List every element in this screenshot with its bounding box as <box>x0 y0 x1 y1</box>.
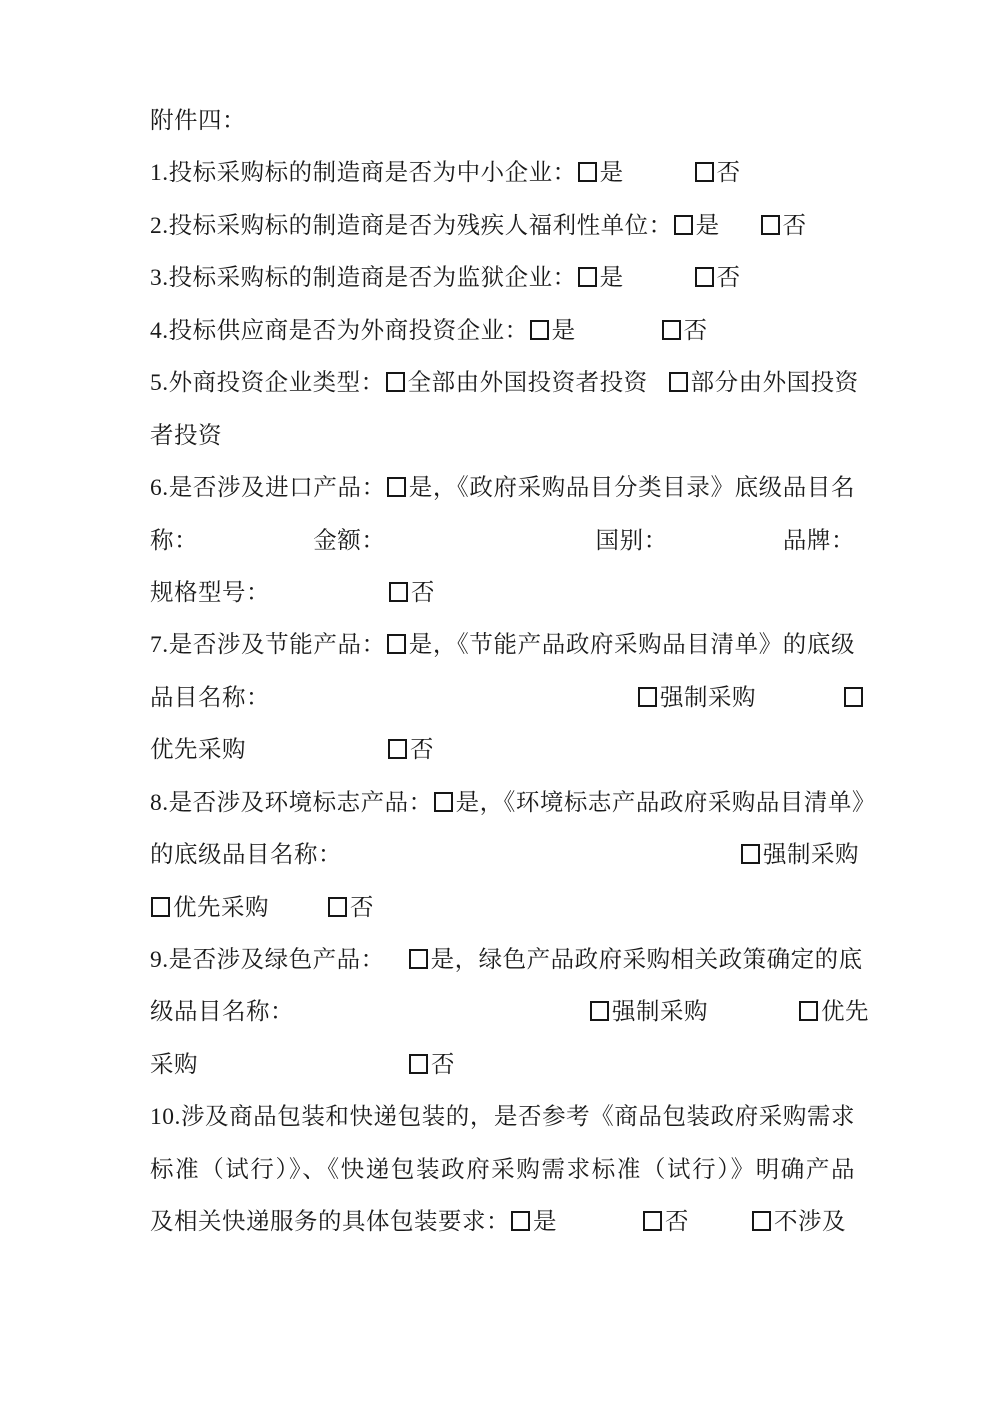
blank-space <box>246 755 387 757</box>
checkbox-label: 是 <box>456 790 480 816</box>
line-item-9-cont2: 采购否 <box>150 1039 855 1091</box>
checkbox-item8-yes[interactable]: 是 <box>433 790 480 816</box>
text-run: ，《节能产品政府采购品目清单》的底级 <box>433 632 855 658</box>
blank-space <box>269 913 327 915</box>
checkbox-label: 否 <box>717 265 741 291</box>
blank-space <box>270 598 388 600</box>
text-run: 及相关快递服务的具体包装要求： <box>150 1209 510 1235</box>
checkbox-icon <box>695 267 714 287</box>
checkbox-label: 否 <box>783 213 807 239</box>
checkbox-icon <box>530 320 549 340</box>
checkbox-item2-no[interactable]: 否 <box>760 213 807 239</box>
checkbox-icon <box>761 215 780 235</box>
checkbox-item9-mandatory[interactable]: 强制采购 <box>589 999 708 1025</box>
checkbox-item8-priority[interactable]: 优先采购 <box>150 895 269 921</box>
document-body: 附件四：1.投标采购标的制造商是否为中小企业：是否2.投标采购标的制造商是否为残… <box>150 95 855 1249</box>
checkbox-icon <box>844 687 863 707</box>
text-run: ，《环境标志产品政府采购品目清单》 <box>480 790 876 816</box>
text-run: 4.投标供应商是否为外商投资企业： <box>150 318 529 344</box>
text-run: 5.外商投资企业类型： <box>150 370 385 396</box>
checkbox-icon <box>409 949 428 969</box>
checkbox-label: 强制采购 <box>660 685 756 711</box>
checkbox-item5-partial-foreign[interactable]: 部分由外国投资 <box>668 370 859 396</box>
checkbox-item10-not-applicable[interactable]: 不涉及 <box>751 1209 846 1235</box>
checkbox-item4-yes[interactable]: 是 <box>529 318 576 344</box>
checkbox-item7-no[interactable]: 否 <box>387 737 434 763</box>
line-title: 附件四： <box>150 95 855 147</box>
checkbox-icon <box>387 477 406 497</box>
checkbox-icon <box>662 320 681 340</box>
checkbox-icon <box>695 162 714 182</box>
checkbox-item1-yes[interactable]: 是 <box>577 160 624 186</box>
checkbox-item1-no[interactable]: 否 <box>694 160 741 186</box>
line-item-8-cont2: 优先采购否 <box>150 882 855 934</box>
text-run: 采购 <box>150 1052 198 1078</box>
checkbox-icon <box>752 1211 771 1231</box>
text-run: 标准（试行）》、《快递包装政府采购需求标准（试行）》明确产品 <box>150 1157 855 1183</box>
line-item-10-cont1: 标准（试行）》、《快递包装政府采购需求标准（试行）》明确产品 <box>150 1144 855 1196</box>
checkbox-label: 否 <box>410 737 434 763</box>
blank-space <box>557 1227 642 1229</box>
blank-space <box>385 546 595 548</box>
blank-space <box>624 283 694 285</box>
text-run: 的底级品目名称： <box>150 842 342 868</box>
line-item-1: 1.投标采购标的制造商是否为中小企业：是否 <box>150 147 855 199</box>
line-item-8: 8.是否涉及环境标志产品：是，《环境标志产品政府采购品目清单》 <box>150 777 855 829</box>
checkbox-icon <box>578 267 597 287</box>
text-run: 9.是否涉及绿色产品： <box>150 947 385 973</box>
checkbox-item10-no[interactable]: 否 <box>642 1209 689 1235</box>
text-run: 级品目名称： <box>150 999 294 1025</box>
checkbox-icon <box>389 582 408 602</box>
checkbox-icon <box>799 1001 818 1021</box>
checkbox-item8-mandatory[interactable]: 强制采购 <box>740 842 859 868</box>
text-run: 6.是否涉及进口产品： <box>150 475 386 501</box>
checkbox-item7-mandatory[interactable]: 强制采购 <box>637 685 756 711</box>
checkbox-label: 是 <box>600 160 624 186</box>
checkbox-icon <box>643 1211 662 1231</box>
blank-space <box>198 1070 408 1072</box>
line-item-9-cont1: 级品目名称：强制采购优先 <box>150 986 855 1038</box>
text-run: 国别： <box>595 528 667 554</box>
blank-space <box>624 178 694 180</box>
checkbox-item3-no[interactable]: 否 <box>694 265 741 291</box>
blank-space <box>385 965 408 967</box>
checkbox-label: 否 <box>431 1052 455 1078</box>
blank-space <box>294 1017 589 1019</box>
line-item-2: 2.投标采购标的制造商是否为残疾人福利性单位：是否 <box>150 200 855 252</box>
checkbox-item9-no[interactable]: 否 <box>408 1052 455 1078</box>
blank-space <box>708 1017 798 1019</box>
line-item-5-cont: 者投资 <box>150 410 855 462</box>
checkbox-item6-no[interactable]: 否 <box>388 580 435 606</box>
checkbox-icon <box>409 1054 428 1074</box>
blank-space <box>668 546 783 548</box>
line-item-6-cont2: 规格型号：否 <box>150 567 855 619</box>
checkbox-icon <box>151 897 170 917</box>
checkbox-label: 是 <box>409 632 433 658</box>
checkbox-icon <box>578 162 597 182</box>
checkbox-icon <box>387 634 406 654</box>
line-item-5: 5.外商投资企业类型：全部由外国投资者投资部分由外国投资 <box>150 357 855 409</box>
line-item-10: 10.涉及商品包装和快递包装的，是否参考《商品包装政府采购需求 <box>150 1091 855 1143</box>
checkbox-label: 强制采购 <box>612 999 708 1025</box>
line-item-3: 3.投标采购标的制造商是否为监狱企业：是否 <box>150 252 855 304</box>
checkbox-label: 全部由外国投资者投资 <box>408 370 648 396</box>
checkbox-label: 是 <box>533 1209 557 1235</box>
checkbox-label: 是 <box>431 947 455 973</box>
text-run: 3.投标采购标的制造商是否为监狱企业： <box>150 265 577 291</box>
checkbox-label: 优先 <box>821 999 869 1025</box>
text-run: 1.投标采购标的制造商是否为中小企业： <box>150 160 577 186</box>
checkbox-label: 是 <box>696 213 720 239</box>
checkbox-label: 是 <box>552 318 576 344</box>
text-run: 10.涉及商品包装和快递包装的，是否参考《商品包装政府采购需求 <box>150 1104 855 1130</box>
checkbox-label: 是 <box>600 265 624 291</box>
text-run: 优先采购 <box>150 737 246 763</box>
text-run: 7.是否涉及节能产品： <box>150 632 386 658</box>
line-item-7: 7.是否涉及节能产品：是，《节能产品政府采购品目清单》的底级 <box>150 619 855 671</box>
text-run: 附件四： <box>150 108 246 134</box>
text-run: ，绿色产品政府采购相关政策确定的底 <box>455 947 863 973</box>
checkbox-icon <box>638 687 657 707</box>
line-item-6: 6.是否涉及进口产品：是，《政府采购品目分类目录》底级品目名 <box>150 462 855 514</box>
blank-space <box>270 703 637 705</box>
text-run: 品目名称： <box>150 685 270 711</box>
checkbox-icon <box>741 844 760 864</box>
document-page: 附件四：1.投标采购标的制造商是否为中小企业：是否2.投标采购标的制造商是否为残… <box>0 0 1000 1414</box>
checkbox-item9-yes[interactable]: 是 <box>408 947 455 973</box>
checkbox-label: 否 <box>665 1209 689 1235</box>
text-run: 2.投标采购标的制造商是否为残疾人福利性单位： <box>150 213 673 239</box>
blank-space <box>198 546 313 548</box>
text-run: 称： <box>150 528 198 554</box>
checkbox-icon <box>386 372 405 392</box>
blank-space <box>756 703 843 705</box>
blank-space <box>342 860 740 862</box>
checkbox-item9-priority[interactable]: 优先 <box>798 999 869 1025</box>
line-item-9: 9.是否涉及绿色产品：是，绿色产品政府采购相关政策确定的底 <box>150 934 855 986</box>
checkbox-item3-yes[interactable]: 是 <box>577 265 624 291</box>
checkbox-item6-yes[interactable]: 是 <box>386 475 433 501</box>
text-run: 8.是否涉及环境标志产品： <box>150 790 433 816</box>
checkbox-icon <box>328 897 347 917</box>
checkbox-icon <box>674 215 693 235</box>
checkbox-item8-no[interactable]: 否 <box>327 895 374 921</box>
checkbox-item7-priority[interactable] <box>843 685 866 711</box>
checkbox-label: 是 <box>409 475 433 501</box>
blank-space <box>576 336 661 338</box>
checkbox-label: 否 <box>684 318 708 344</box>
checkbox-item7-yes[interactable]: 是 <box>386 632 433 658</box>
line-item-7-cont1: 品目名称：强制采购 <box>150 672 855 724</box>
checkbox-icon <box>388 739 407 759</box>
checkbox-icon <box>434 792 453 812</box>
checkbox-label: 强制采购 <box>763 842 859 868</box>
checkbox-label: 否 <box>717 160 741 186</box>
blank-space <box>720 231 760 233</box>
checkbox-label: 否 <box>350 895 374 921</box>
text-run: 金额： <box>313 528 385 554</box>
checkbox-label: 优先采购 <box>173 895 269 921</box>
text-run: 规格型号： <box>150 580 270 606</box>
checkbox-item5-all-foreign[interactable]: 全部由外国投资者投资 <box>385 370 648 396</box>
checkbox-item10-yes[interactable]: 是 <box>510 1209 557 1235</box>
text-run: 品牌： <box>783 528 855 554</box>
line-item-7-cont2: 优先采购否 <box>150 724 855 776</box>
line-item-10-cont2: 及相关快递服务的具体包装要求：是否不涉及 <box>150 1196 855 1248</box>
checkbox-item4-no[interactable]: 否 <box>661 318 708 344</box>
blank-space <box>648 388 668 390</box>
line-item-8-cont1: 的底级品目名称：强制采购 <box>150 829 855 881</box>
checkbox-icon <box>511 1211 530 1231</box>
checkbox-item2-yes[interactable]: 是 <box>673 213 720 239</box>
blank-space <box>689 1227 751 1229</box>
line-item-4: 4.投标供应商是否为外商投资企业：是否 <box>150 305 855 357</box>
line-item-6-cont1: 称：金额：国别：品牌： <box>150 515 855 567</box>
text-run: 者投资 <box>150 423 222 449</box>
checkbox-label: 否 <box>411 580 435 606</box>
checkbox-icon <box>669 372 688 392</box>
checkbox-label: 部分由外国投资 <box>691 370 859 396</box>
checkbox-label: 不涉及 <box>774 1209 846 1235</box>
checkbox-icon <box>590 1001 609 1021</box>
text-run: ，《政府采购品目分类目录》底级品目名 <box>433 475 855 501</box>
